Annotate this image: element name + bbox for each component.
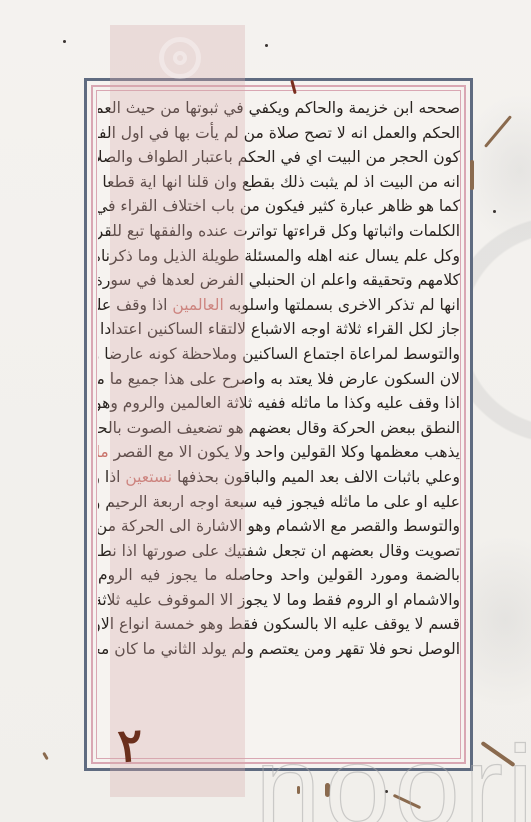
text-line-rubric: لان السكون عارض فلا يعتد به واصرح على هذ… xyxy=(98,367,460,392)
text-line: انه من البيت اذ لم يثبت ذلك بقطع وان قلن… xyxy=(98,170,460,195)
folio-number: ٢ xyxy=(116,717,144,773)
text-line-rubric: وعلي باثبات الالف بعد الميم والباقون بحذ… xyxy=(98,465,460,490)
text-line: كون الحجر من البيت اي في الحكم باعتبار ا… xyxy=(98,145,460,170)
text-line-rubric: يذهب معظمها وكلا القولين واحد ولا يكون ا… xyxy=(98,440,460,465)
text-line: تصويت وقال بعضهم ان تجعل شفتيك على صورته… xyxy=(98,539,460,564)
text-line: قسم لا يوقف عليه الا بالسكون فقط وهو خمس… xyxy=(98,612,460,637)
text-line: النطق ببعض الحركة وقال بعضهم هو تضعيف ال… xyxy=(98,416,460,441)
text-line-rubric: انها لم تذكر الاخرى بسملتها واسلوبه العا… xyxy=(98,293,460,318)
text-line: الوصل نحو فلا تقهر ومن يعتصم ولم يولد ال… xyxy=(98,637,460,662)
ink-speck xyxy=(63,40,66,43)
ink-speck xyxy=(493,210,496,213)
text-line: بالضمة ومورد القولين واحد وحاصله ما يجوز… xyxy=(98,563,460,588)
text-line: الحكم والعمل انه لا تصح صلاة من لم يأت ب… xyxy=(98,121,460,146)
text-line: وكل علم يسال عنه اهله والمسئلة طويلة الذ… xyxy=(98,244,460,269)
text-line: والاشمام او الروم فقط وما لا يجوز الا ال… xyxy=(98,588,460,613)
watermark-text: noori xyxy=(255,748,531,822)
watermark-logo-icon xyxy=(159,37,201,79)
text-line: كلامهم وتحقيقه واعلم ان الحنبلي الفرض لع… xyxy=(98,268,460,293)
rubric-word: العالمين xyxy=(172,296,223,314)
manuscript-text-block: صححه ابن خزيمة والحاكم ويكفي في ثبوتها م… xyxy=(98,96,460,761)
rubric-word: نستعين xyxy=(125,468,172,486)
text-line: كما هو ظاهر عبارة كثير فيكون من باب اختل… xyxy=(98,194,460,219)
text-line: جاز لكل القراء ثلاثة اوجه الاشباع لالتقا… xyxy=(98,317,460,342)
text-line: اذا وقف عليه وكذا ما ماثله ففيه ثلاثة ال… xyxy=(98,391,460,416)
text-line: صححه ابن خزيمة والحاكم ويكفي في ثبوتها م… xyxy=(98,96,460,121)
text-line: والتوسط لمراعاة اجتماع الساكنين وملاحظة … xyxy=(98,342,460,367)
text-line: الكلمات واثباتها وكل قراءتها تواترت عنده… xyxy=(98,219,460,244)
rubric-word: ملك xyxy=(98,443,109,461)
text-line: والتوسط والقصر مع الاشمام وهو الاشارة ال… xyxy=(98,514,460,539)
text-line: عليه او على ما ماثله فيجوز فيه سبعة اوجه… xyxy=(98,490,460,515)
ink-speck xyxy=(265,44,268,47)
paper-tear-mark xyxy=(470,160,474,190)
